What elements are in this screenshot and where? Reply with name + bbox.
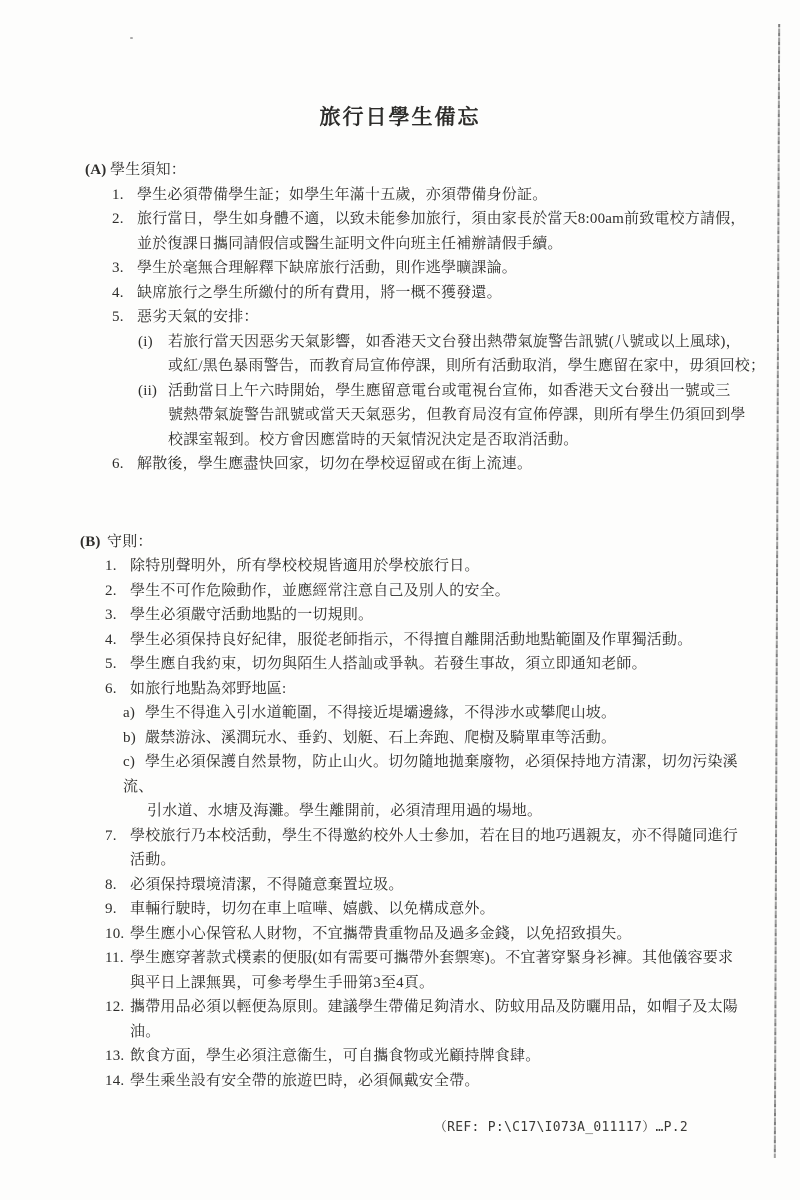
item-line: 油。 xyxy=(130,1020,800,1045)
document-body: (A)學生須知：1.學生必須帶備學生証；如學生年滿十五歲，亦須帶備身份証。2.旅… xyxy=(0,158,800,1093)
item-line: 流、 xyxy=(123,775,800,800)
item-number: 11. xyxy=(105,946,130,971)
item-list: 1.除特別聲明外，所有學校校規皆適用於學校旅行日。2.學生不可作危險動作，並應經… xyxy=(0,554,800,1093)
item-line: 與平日上課無異，可參考學生手冊第3至4頁。 xyxy=(130,971,800,996)
item-line: 或紅/黑色暴雨警告，而教育局宣佈停課，則所有活動取消，學生應留在家中，毋須回校； xyxy=(168,354,800,379)
item-line: 學生必須保護自然景物，防止山火。切勿隨地拋棄廢物，必須保持地方清潔，切勿污染溪 xyxy=(145,750,800,775)
item-line: 若旅行當天因惡劣天氣影響，如香港天文台發出熱帶氣旋警告訊號(八號或以上風球)， xyxy=(168,330,800,355)
list-item: 10.學生應小心保管私人財物，不宜攜帶貴重物品及過多金錢，以免招致損失。 xyxy=(105,922,800,947)
sub-item-text: 學生不得進入引水道範圍，不得接近堤壩邊緣，不得涉水或攀爬山坡。 xyxy=(145,701,800,726)
item-line: 學校旅行乃本校活動，學生不得邀約校外人士參加，若在目的地巧遇親友，亦不得隨同進行 xyxy=(130,824,800,849)
list-item: 12.攜帶用品必須以輕便為原則。建議學生帶備足夠清水、防蚊用品及防曬用品，如帽子… xyxy=(105,995,800,1044)
item-text: 飲食方面，學生必須注意衞生，可自攜食物或光顧持牌食肆。 xyxy=(130,1044,800,1069)
item-text: 學生必須嚴守活動地點的一切規則。 xyxy=(130,603,800,628)
item-line: 學生必須帶備學生証；如學生年滿十五歲，亦須帶備身份証。 xyxy=(137,183,800,208)
item-line: 解散後，學生應盡快回家，切勿在學校逗留或在街上流連。 xyxy=(137,452,800,477)
list-item: 6.如旅行地點為郊野地區:a)學生不得進入引水道範圍，不得接近堤壩邊緣，不得涉水… xyxy=(105,677,800,824)
list-item: 3.學生必須嚴守活動地點的一切規則。 xyxy=(105,603,800,628)
list-item: 5.學生應自我約束，切勿與陌生人搭訕或爭執。若發生事故，須立即通知老師。 xyxy=(105,652,800,677)
item-number: 6. xyxy=(112,452,137,477)
item-text: 必須保持環境清潔，不得隨意棄置垃圾。 xyxy=(130,873,800,898)
sub-item-marker: b) xyxy=(123,726,145,751)
scan-artifact-speck xyxy=(130,37,133,39)
item-text: 學校旅行乃本校活動，學生不得邀約校外人士參加，若在目的地巧遇親友，亦不得隨同進行… xyxy=(130,824,800,873)
item-line: 學生不可作危險動作，並應經常注意自己及別人的安全。 xyxy=(130,579,800,604)
list-item: 11.學生應穿著款式樸素的便服(如有需要可攜帶外套禦寒)。不宜著穿緊身衫褲。其他… xyxy=(105,946,800,995)
item-text: 除特別聲明外，所有學校校規皆適用於學校旅行日。 xyxy=(130,554,800,579)
sub-item-text: 活動當日上午六時開始，學生應留意電台或電視台宣佈，如香港天文台發出一號或三號熱帶… xyxy=(168,379,800,453)
item-line: 校課室報到。校方會因應當時的天氣情況決定是否取消活動。 xyxy=(168,428,800,453)
item-number: 5. xyxy=(105,652,130,677)
item-number: 7. xyxy=(105,824,130,849)
sub-item: a)學生不得進入引水道範圍，不得接近堤壩邊緣，不得涉水或攀爬山坡。 xyxy=(123,701,800,726)
item-text: 學生不可作危險動作，並應經常注意自己及別人的安全。 xyxy=(130,579,800,604)
sub-item: c)學生必須保護自然景物，防止山火。切勿隨地拋棄廢物，必須保持地方清潔，切勿污染… xyxy=(123,750,800,824)
item-line: 必須保持環境清潔，不得隨意棄置垃圾。 xyxy=(130,873,800,898)
item-line: 學生不得進入引水道範圍，不得接近堤壩邊緣，不得涉水或攀爬山坡。 xyxy=(145,701,800,726)
item-line: 嚴禁游泳、溪澗玩水、垂釣、划艇、石上奔跑、爬樹及騎單車等活動。 xyxy=(145,726,800,751)
item-number: 4. xyxy=(105,628,130,653)
scanned-document-page: 旅行日學生備忘 (A)學生須知：1.學生必須帶備學生証；如學生年滿十五歲，亦須帶… xyxy=(0,0,800,1200)
list-item: 1.除特別聲明外，所有學校校規皆適用於學校旅行日。 xyxy=(105,554,800,579)
item-line: 學生應自我約束，切勿與陌生人搭訕或爭執。若發生事故，須立即通知老師。 xyxy=(130,652,800,677)
sub-item-text: 學生必須保護自然景物，防止山火。切勿隨地拋棄廢物，必須保持地方清潔，切勿污染溪流… xyxy=(145,750,800,824)
item-line: 引水道、水塘及海灘。學生離開前，必須清理用過的場地。 xyxy=(147,799,800,824)
item-number: 3. xyxy=(105,603,130,628)
item-text: 學生應穿著款式樸素的便服(如有需要可攜帶外套禦寒)。不宜著穿緊身衫褲。其他儀容要… xyxy=(130,946,800,995)
sub-item-text: 若旅行當天因惡劣天氣影響，如香港天文台發出熱帶氣旋警告訊號(八號或以上風球)，或… xyxy=(168,330,800,379)
item-text: 學生應小心保管私人財物，不宜攜帶貴重物品及過多金錢，以免招致損失。 xyxy=(130,922,800,947)
list-item: 4.缺席旅行之學生所繳付的所有費用，將一概不獲發還。 xyxy=(112,281,800,306)
item-number: 6. xyxy=(105,677,130,702)
section-heading: (A)學生須知： xyxy=(0,158,800,183)
list-item: 2.學生不可作危險動作，並應經常注意自己及別人的安全。 xyxy=(105,579,800,604)
list-item: 2.旅行當日，學生如身體不適，以致未能參加旅行，須由家長於當天8:00am前致電… xyxy=(112,207,800,256)
list-item: 5.惡劣天氣的安排：(i)若旅行當天因惡劣天氣影響，如香港天文台發出熱帶氣旋警告… xyxy=(112,305,800,452)
item-line: 如旅行地點為郊野地區: xyxy=(130,677,800,702)
section-title: 學生須知： xyxy=(110,158,186,183)
item-number: 5. xyxy=(112,305,137,330)
item-line: 學生乘坐設有安全帶的旅遊巴時，必須佩戴安全帶。 xyxy=(130,1069,800,1094)
item-line: 惡劣天氣的安排： xyxy=(137,305,800,330)
item-line: 學生應穿著款式樸素的便服(如有需要可攜帶外套禦寒)。不宜著穿緊身衫褲。其他儀容要… xyxy=(130,946,800,971)
item-number: 1. xyxy=(105,554,130,579)
item-number: 2. xyxy=(112,207,137,232)
item-number: 12. xyxy=(105,995,130,1020)
footer-reference: （REF: P:\C17\I073A_011117）…P.2 xyxy=(0,1118,800,1138)
item-number: 9. xyxy=(105,897,130,922)
item-line: 缺席旅行之學生所繳付的所有費用，將一概不獲發還。 xyxy=(137,281,800,306)
item-line: 車輛行駛時，切勿在車上喧嘩、嬉戲、以免構成意外。 xyxy=(130,897,800,922)
item-text: 學生必須帶備學生証；如學生年滿十五歲，亦須帶備身份証。 xyxy=(137,183,800,208)
item-text: 缺席旅行之學生所繳付的所有費用，將一概不獲發還。 xyxy=(137,281,800,306)
sub-item-text: 嚴禁游泳、溪澗玩水、垂釣、划艇、石上奔跑、爬樹及騎單車等活動。 xyxy=(145,726,800,751)
item-line: 學生於毫無合理解釋下缺席旅行活動，則作逃學曠課論。 xyxy=(137,256,800,281)
list-item: 8.必須保持環境清潔，不得隨意棄置垃圾。 xyxy=(105,873,800,898)
item-list: 1.學生必須帶備學生証；如學生年滿十五歲，亦須帶備身份証。2.旅行當日，學生如身… xyxy=(0,183,800,477)
item-number: 4. xyxy=(112,281,137,306)
item-text: 學生必須保持良好紀律，服從老師指示，不得擅自離開活動地點範圍及作單獨活動。 xyxy=(130,628,800,653)
item-number: 8. xyxy=(105,873,130,898)
item-text: 學生應自我約束，切勿與陌生人搭訕或爭執。若發生事故，須立即通知老師。 xyxy=(130,652,800,677)
sub-item-marker: (i) xyxy=(138,330,168,355)
list-item: 13.飲食方面，學生必須注意衞生，可自攜食物或光顧持牌食肆。 xyxy=(105,1044,800,1069)
item-text: 車輛行駛時，切勿在車上喧嘩、嬉戲、以免構成意外。 xyxy=(130,897,800,922)
item-number: 14. xyxy=(105,1069,130,1094)
item-line: 並於復課日攜同請假信或醫生証明文件向班主任補辦請假手續。 xyxy=(137,232,800,257)
list-item: 9.車輛行駛時，切勿在車上喧嘩、嬉戲、以免構成意外。 xyxy=(105,897,800,922)
section-label: (A) xyxy=(85,158,110,183)
item-line: 攜帶用品必須以輕便為原則。建議學生帶備足夠清水、防蚊用品及防曬用品，如帽子及太陽 xyxy=(130,995,800,1020)
item-text: 攜帶用品必須以輕便為原則。建議學生帶備足夠清水、防蚊用品及防曬用品，如帽子及太陽… xyxy=(130,995,800,1044)
item-text: 學生乘坐設有安全帶的旅遊巴時，必須佩戴安全帶。 xyxy=(130,1069,800,1094)
item-number: 3. xyxy=(112,256,137,281)
list-item: 3.學生於毫無合理解釋下缺席旅行活動，則作逃學曠課論。 xyxy=(112,256,800,281)
item-line: 學生必須保持良好紀律，服從老師指示，不得擅自離開活動地點範圍及作單獨活動。 xyxy=(130,628,800,653)
section-b: (B)守則：1.除特別聲明外，所有學校校規皆適用於學校旅行日。2.學生不可作危險… xyxy=(0,530,800,1094)
item-line: 飲食方面，學生必須注意衞生，可自攜食物或光顧持牌食肆。 xyxy=(130,1044,800,1069)
sub-item: (i)若旅行當天因惡劣天氣影響，如香港天文台發出熱帶氣旋警告訊號(八號或以上風球… xyxy=(138,330,800,379)
list-item: 4.學生必須保持良好紀律，服從老師指示，不得擅自離開活動地點範圍及作單獨活動。 xyxy=(105,628,800,653)
section-a: (A)學生須知：1.學生必須帶備學生証；如學生年滿十五歲，亦須帶備身份証。2.旅… xyxy=(0,158,800,477)
item-number: 1. xyxy=(112,183,137,208)
sub-item-marker: c) xyxy=(123,750,145,775)
item-line: 除特別聲明外，所有學校校規皆適用於學校旅行日。 xyxy=(130,554,800,579)
sub-item-marker: a) xyxy=(123,701,145,726)
item-number: 13. xyxy=(105,1044,130,1069)
item-text: 旅行當日，學生如身體不適，以致未能參加旅行，須由家長於當天8:00am前致電校方… xyxy=(137,207,800,256)
sub-item: b)嚴禁游泳、溪澗玩水、垂釣、划艇、石上奔跑、爬樹及騎單車等活動。 xyxy=(123,726,800,751)
item-number: 2. xyxy=(105,579,130,604)
item-text: 惡劣天氣的安排：(i)若旅行當天因惡劣天氣影響，如香港天文台發出熱帶氣旋警告訊號… xyxy=(137,305,800,452)
item-text: 如旅行地點為郊野地區:a)學生不得進入引水道範圍，不得接近堤壩邊緣，不得涉水或攀… xyxy=(130,677,800,824)
list-item: 1.學生必須帶備學生証；如學生年滿十五歲，亦須帶備身份証。 xyxy=(112,183,800,208)
item-line: 號熱帶氣旋警告訊號或當天天氣惡劣，但教育局沒有宣佈停課，則所有學生仍須回到學 xyxy=(168,403,800,428)
item-line: 旅行當日，學生如身體不適，以致未能參加旅行，須由家長於當天8:00am前致電校方… xyxy=(137,207,800,232)
list-item: 6.解散後，學生應盡快回家，切勿在學校逗留或在街上流連。 xyxy=(112,452,800,477)
document-title: 旅行日學生備忘 xyxy=(0,102,800,132)
sub-item: (ii)活動當日上午六時開始，學生應留意電台或電視台宣佈，如香港天文台發出一號或… xyxy=(138,379,800,453)
item-line: 學生必須嚴守活動地點的一切規則。 xyxy=(130,603,800,628)
item-number: 10. xyxy=(105,922,130,947)
section-title: 守則： xyxy=(107,530,153,555)
list-item: 7.學校旅行乃本校活動，學生不得邀約校外人士參加，若在目的地巧遇親友，亦不得隨同… xyxy=(105,824,800,873)
item-line: 活動。 xyxy=(130,848,800,873)
item-line: 活動當日上午六時開始，學生應留意電台或電視台宣佈，如香港天文台發出一號或三 xyxy=(168,379,800,404)
sub-item-marker: (ii) xyxy=(138,379,168,404)
item-text: 學生於毫無合理解釋下缺席旅行活動，則作逃學曠課論。 xyxy=(137,256,800,281)
section-heading: (B)守則： xyxy=(0,530,800,555)
section-label: (B) xyxy=(80,530,107,555)
list-item: 14.學生乘坐設有安全帶的旅遊巴時，必須佩戴安全帶。 xyxy=(105,1069,800,1094)
item-text: 解散後，學生應盡快回家，切勿在學校逗留或在街上流連。 xyxy=(137,452,800,477)
item-line: 學生應小心保管私人財物，不宜攜帶貴重物品及過多金錢，以免招致損失。 xyxy=(130,922,800,947)
